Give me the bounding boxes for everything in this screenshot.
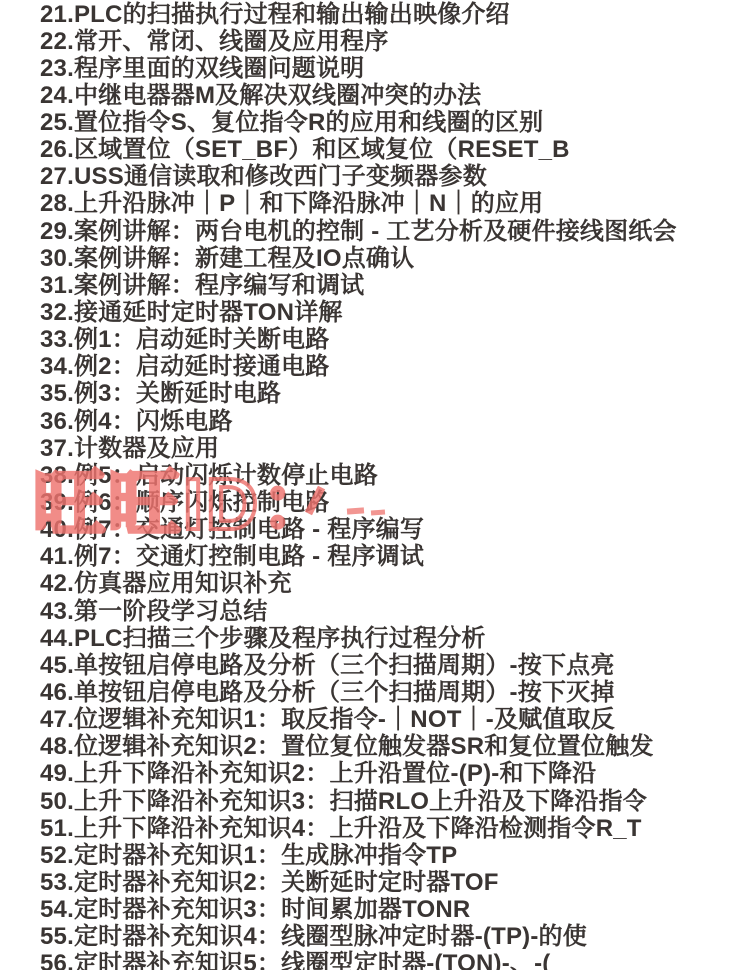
toc-list-item: 26.区域置位（SET_BF）和区域复位（RESET_B	[40, 136, 750, 163]
toc-list-item: 41.例7：交通灯控制电路 - 程序调试	[40, 543, 750, 570]
toc-list-item: 38.例5：启动闪烁计数停止电路	[40, 462, 750, 489]
toc-list-item: 29.案例讲解：两台电机的控制 - 工艺分析及硬件接线图纸会	[40, 218, 750, 245]
toc-list-item: 31.案例讲解：程序编写和调试	[40, 272, 750, 299]
toc-list-item: 46.单按钮启停电路及分析（三个扫描周期）-按下灭掉	[40, 679, 750, 706]
toc-list-item: 34.例2：启动延时接通电路	[40, 353, 750, 380]
toc-list-item: 40.例7：交通灯控制电路 - 程序编写	[40, 516, 750, 543]
toc-list-item: 24.中继电器器M及解决双线圈冲突的办法	[40, 82, 750, 109]
toc-list-item: 50.上升下降沿补充知识3：扫描RLO上升沿及下降沿指令	[40, 788, 750, 815]
toc-list-item: 36.例4：闪烁电路	[40, 408, 750, 435]
toc-list-item: 45.单按钮启停电路及分析（三个扫描周期）-按下点亮	[40, 652, 750, 679]
toc-list-item: 23.程序里面的双线圈问题说明	[40, 55, 750, 82]
toc-list-item: 47.位逻辑补充知识1：取反指令-｜NOT｜-及赋值取反	[40, 706, 750, 733]
toc-list-item: 37.计数器及应用	[40, 435, 750, 462]
toc-list-item: 52.定时器补充知识1：生成脉冲指令TP	[40, 842, 750, 869]
toc-list-item: 35.例3：关断延时电路	[40, 380, 750, 407]
toc-list-item: 33.例1：启动延时关断电路	[40, 326, 750, 353]
toc-list-item: 30.案例讲解：新建工程及IO点确认	[40, 245, 750, 272]
toc-list-item: 22.常开、常闭、线圈及应用程序	[40, 28, 750, 55]
toc-list-item: 42.仿真器应用知识补充	[40, 570, 750, 597]
toc-list-item: 51.上升下降沿补充知识4：上升沿及下降沿检测指令R_T	[40, 815, 750, 842]
toc-list: 21.PLC的扫描执行过程和输出输出映像介绍22.常开、常闭、线圈及应用程序23…	[40, 0, 750, 970]
toc-list-item: 55.定时器补充知识4：线圈型脉冲定时器-(TP)-的使	[40, 923, 750, 950]
toc-list-item: 39.例6：顺序闪烁控制电路	[40, 489, 750, 516]
toc-list-item: 44.PLC扫描三个步骤及程序执行过程分析	[40, 625, 750, 652]
toc-list-item: 53.定时器补充知识2：关断延时定时器TOF	[40, 869, 750, 896]
toc-list-item: 56.定时器补充知识5：线圈型定时器-(TON)-、-(	[40, 950, 750, 970]
toc-list-item: 27.USS通信读取和修改西门子变频器参数	[40, 163, 750, 190]
toc-list-item: 43.第一阶段学习总结	[40, 598, 750, 625]
toc-list-item: 32.接通延时定时器TON详解	[40, 299, 750, 326]
toc-list-item: 49.上升下降沿补充知识2：上升沿置位-(P)-和下降沿	[40, 760, 750, 787]
toc-list-item: 54.定时器补充知识3：时间累加器TONR	[40, 896, 750, 923]
toc-list-item: 21.PLC的扫描执行过程和输出输出映像介绍	[40, 1, 750, 28]
course-toc-page: 21.PLC的扫描执行过程和输出输出映像介绍22.常开、常闭、线圈及应用程序23…	[0, 0, 750, 970]
toc-list-item: 28.上升沿脉冲｜P｜和下降沿脉冲｜N｜的应用	[40, 190, 750, 217]
toc-list-item: 25.置位指令S、复位指令R的应用和线圈的区别	[40, 109, 750, 136]
toc-list-item: 48.位逻辑补充知识2：置位复位触发器SR和复位置位触发	[40, 733, 750, 760]
